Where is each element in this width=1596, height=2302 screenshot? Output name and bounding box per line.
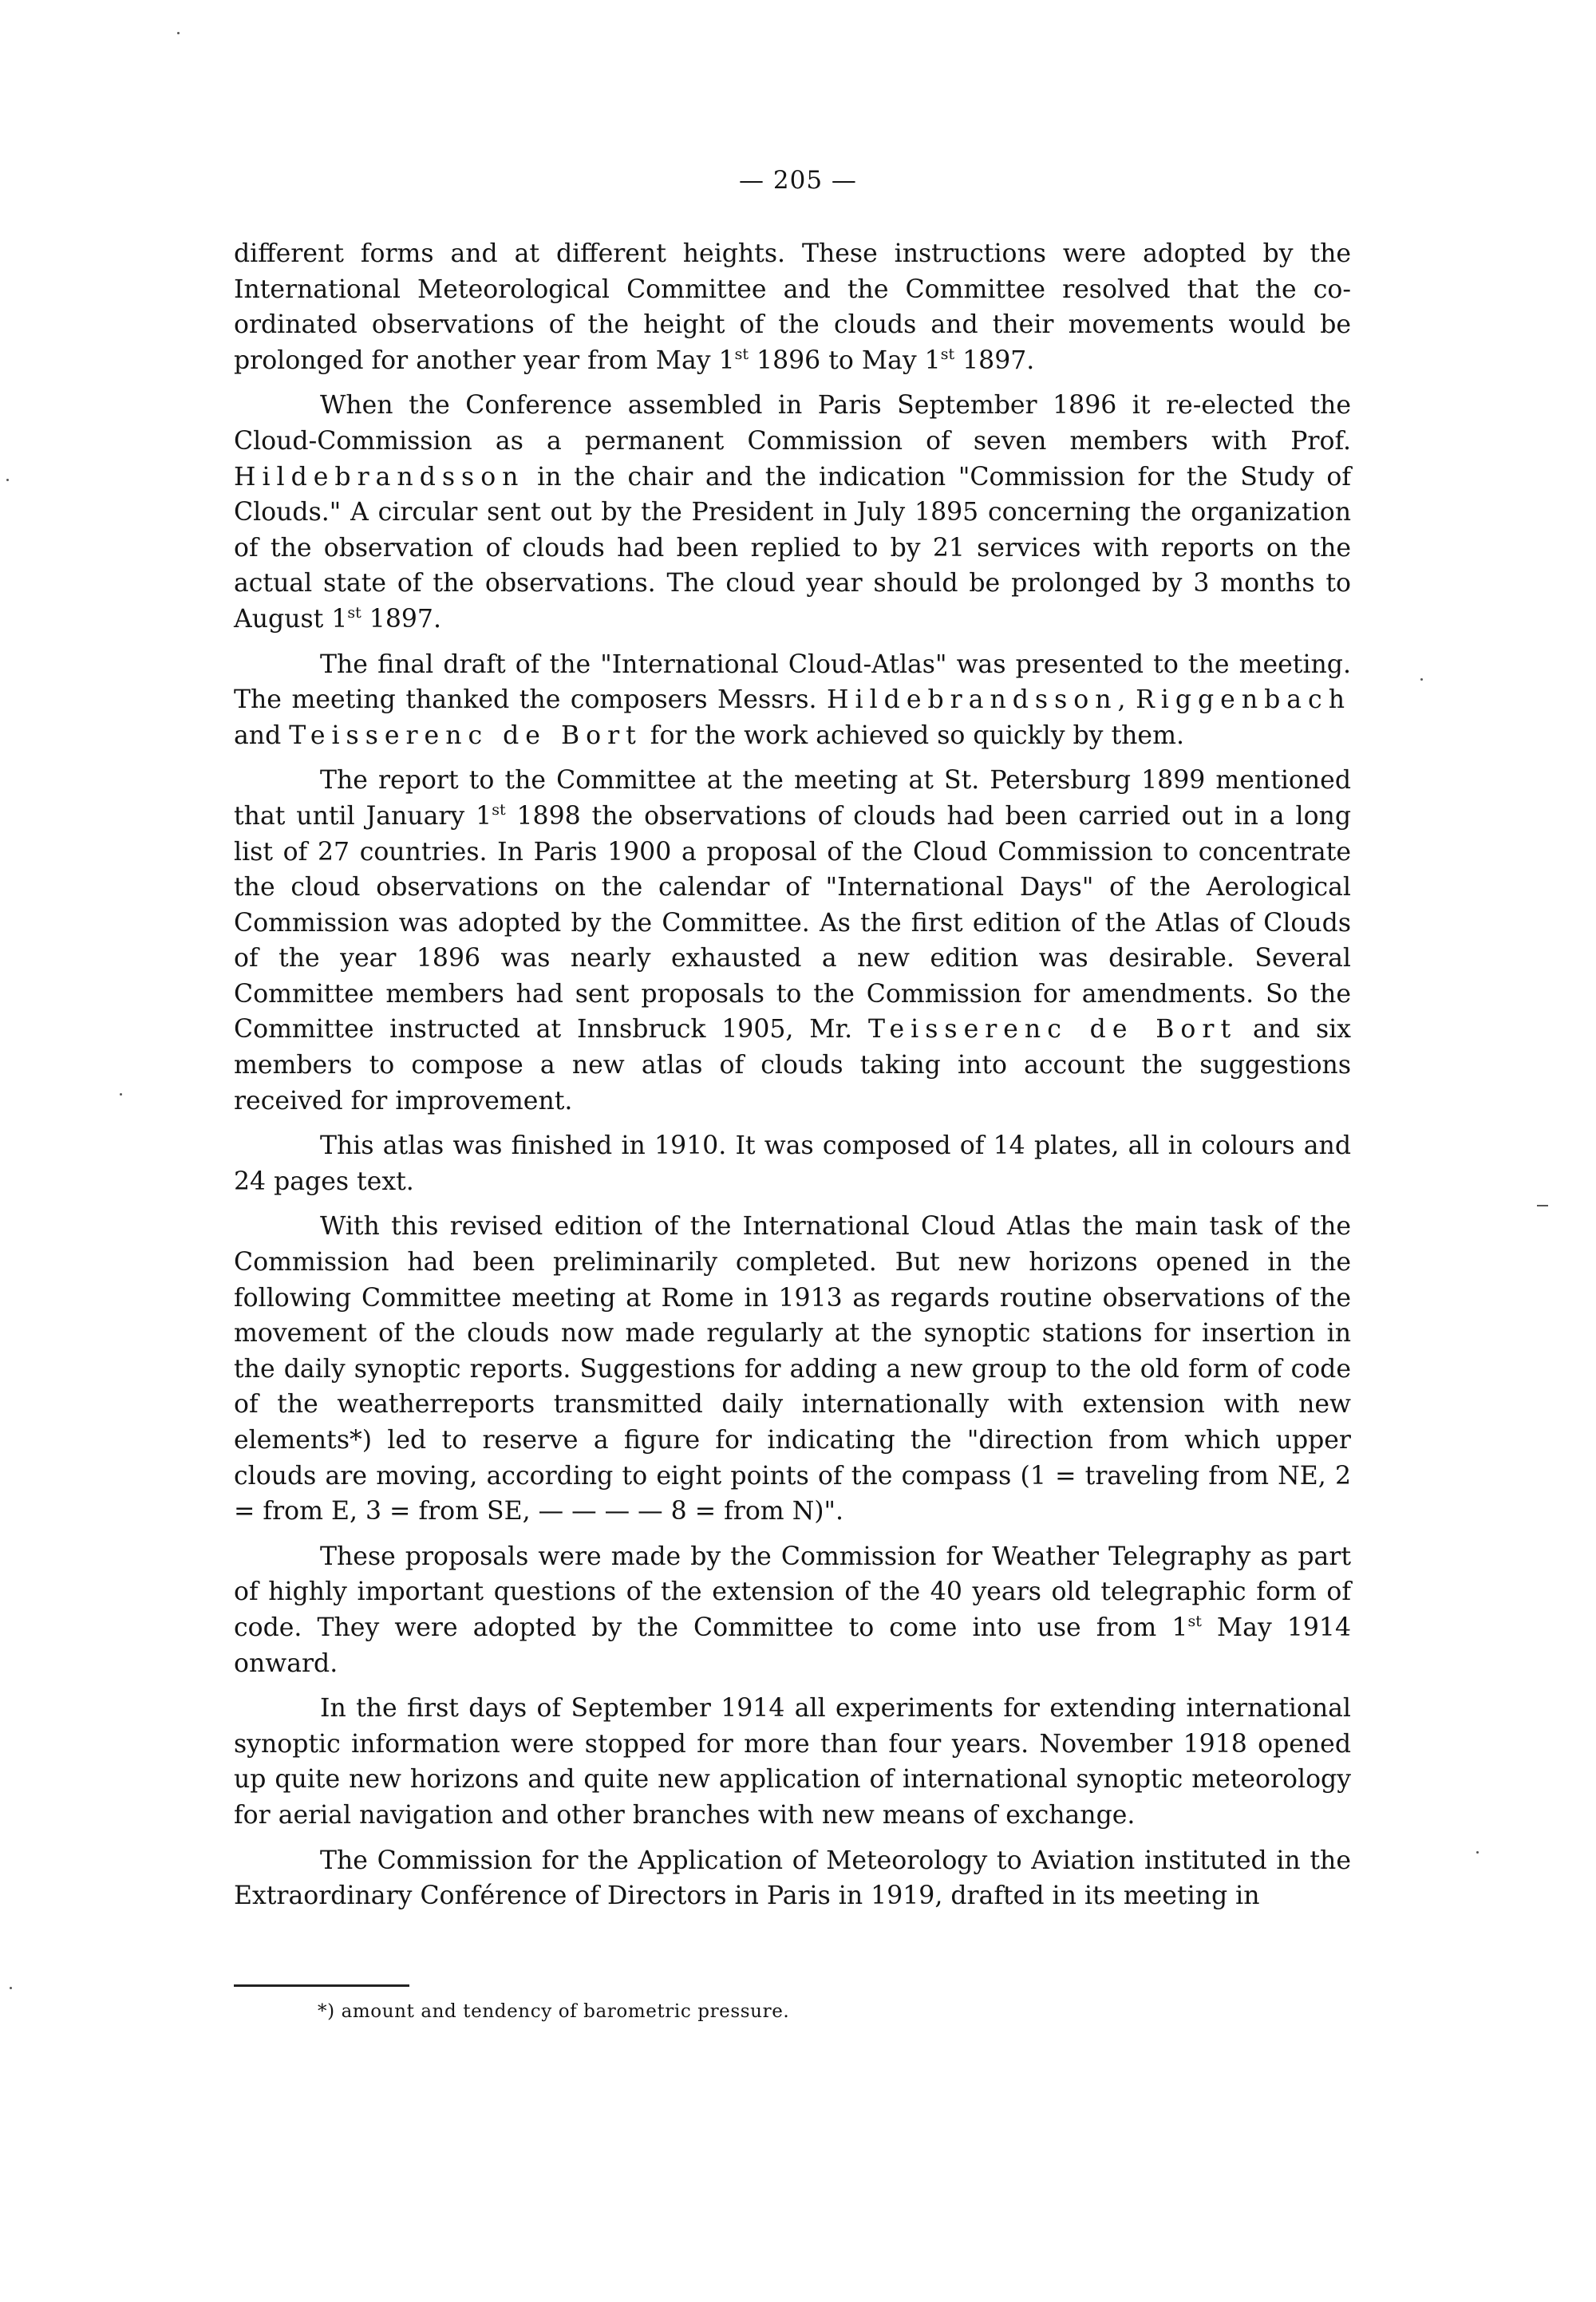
superscript: st — [492, 801, 505, 819]
spaced-name: Teisserenc de Bort — [289, 721, 642, 750]
text-run: 1896 to May 1 — [749, 346, 941, 375]
superscript: st — [347, 604, 361, 622]
superscript: st — [1187, 1613, 1201, 1630]
paragraph: The report to the Committee at the meeti… — [234, 763, 1351, 1119]
text-run: 1897. — [954, 346, 1034, 375]
footnote: *) amount and tendency of barometric pre… — [318, 2001, 789, 2022]
scan-speck — [177, 32, 180, 34]
scan-speck — [120, 1093, 122, 1096]
footnote-divider — [234, 1984, 409, 1987]
text-run: In the first days of September 1914 all … — [234, 1694, 1351, 1830]
paragraph: The final draft of the "International Cl… — [234, 647, 1351, 754]
paragraph: This atlas was finished in 1910. It was … — [234, 1128, 1351, 1199]
page-number: — 205 — — [0, 166, 1596, 195]
text-run: When the Conference assembled in Paris S… — [234, 391, 1351, 456]
scan-speck — [6, 479, 9, 481]
spaced-name: Teisserenc de Bort — [868, 1015, 1237, 1044]
text-run: These proposals were made by the Commiss… — [234, 1542, 1351, 1642]
text-run: 1897. — [361, 605, 441, 634]
text-run: for the work achieved so quickly by them… — [642, 721, 1184, 750]
scan-speck — [1537, 1205, 1548, 1206]
paragraph: different forms and at different heights… — [234, 236, 1351, 378]
text-run: and — [234, 721, 289, 750]
scan-speck — [1476, 1851, 1479, 1854]
superscript: st — [941, 345, 954, 363]
paragraph: When the Conference assembled in Paris S… — [234, 388, 1351, 637]
paragraph: The Commission for the Application of Me… — [234, 1843, 1351, 1914]
spaced-name: Riggenbach — [1136, 685, 1351, 714]
scan-speck — [10, 1987, 12, 1989]
text-run: With this revised edition of the Interna… — [234, 1212, 1351, 1526]
superscript: st — [735, 345, 749, 363]
paragraph: With this revised edition of the Interna… — [234, 1209, 1351, 1529]
paragraph: These proposals were made by the Commiss… — [234, 1539, 1351, 1681]
paragraph: In the first days of September 1914 all … — [234, 1691, 1351, 1833]
body-text: different forms and at different heights… — [234, 236, 1351, 1924]
spaced-name: Hildebrandsson — [234, 463, 524, 492]
spaced-name: Hildebrandsson — [827, 685, 1117, 714]
scan-speck — [1420, 678, 1423, 681]
text-run: 1898 the observations of clouds had been… — [234, 802, 1351, 1044]
text-run: This atlas was finished in 1910. It was … — [234, 1131, 1351, 1196]
text-run: The Commission for the Application of Me… — [234, 1846, 1351, 1911]
text-run: , — [1118, 685, 1136, 714]
